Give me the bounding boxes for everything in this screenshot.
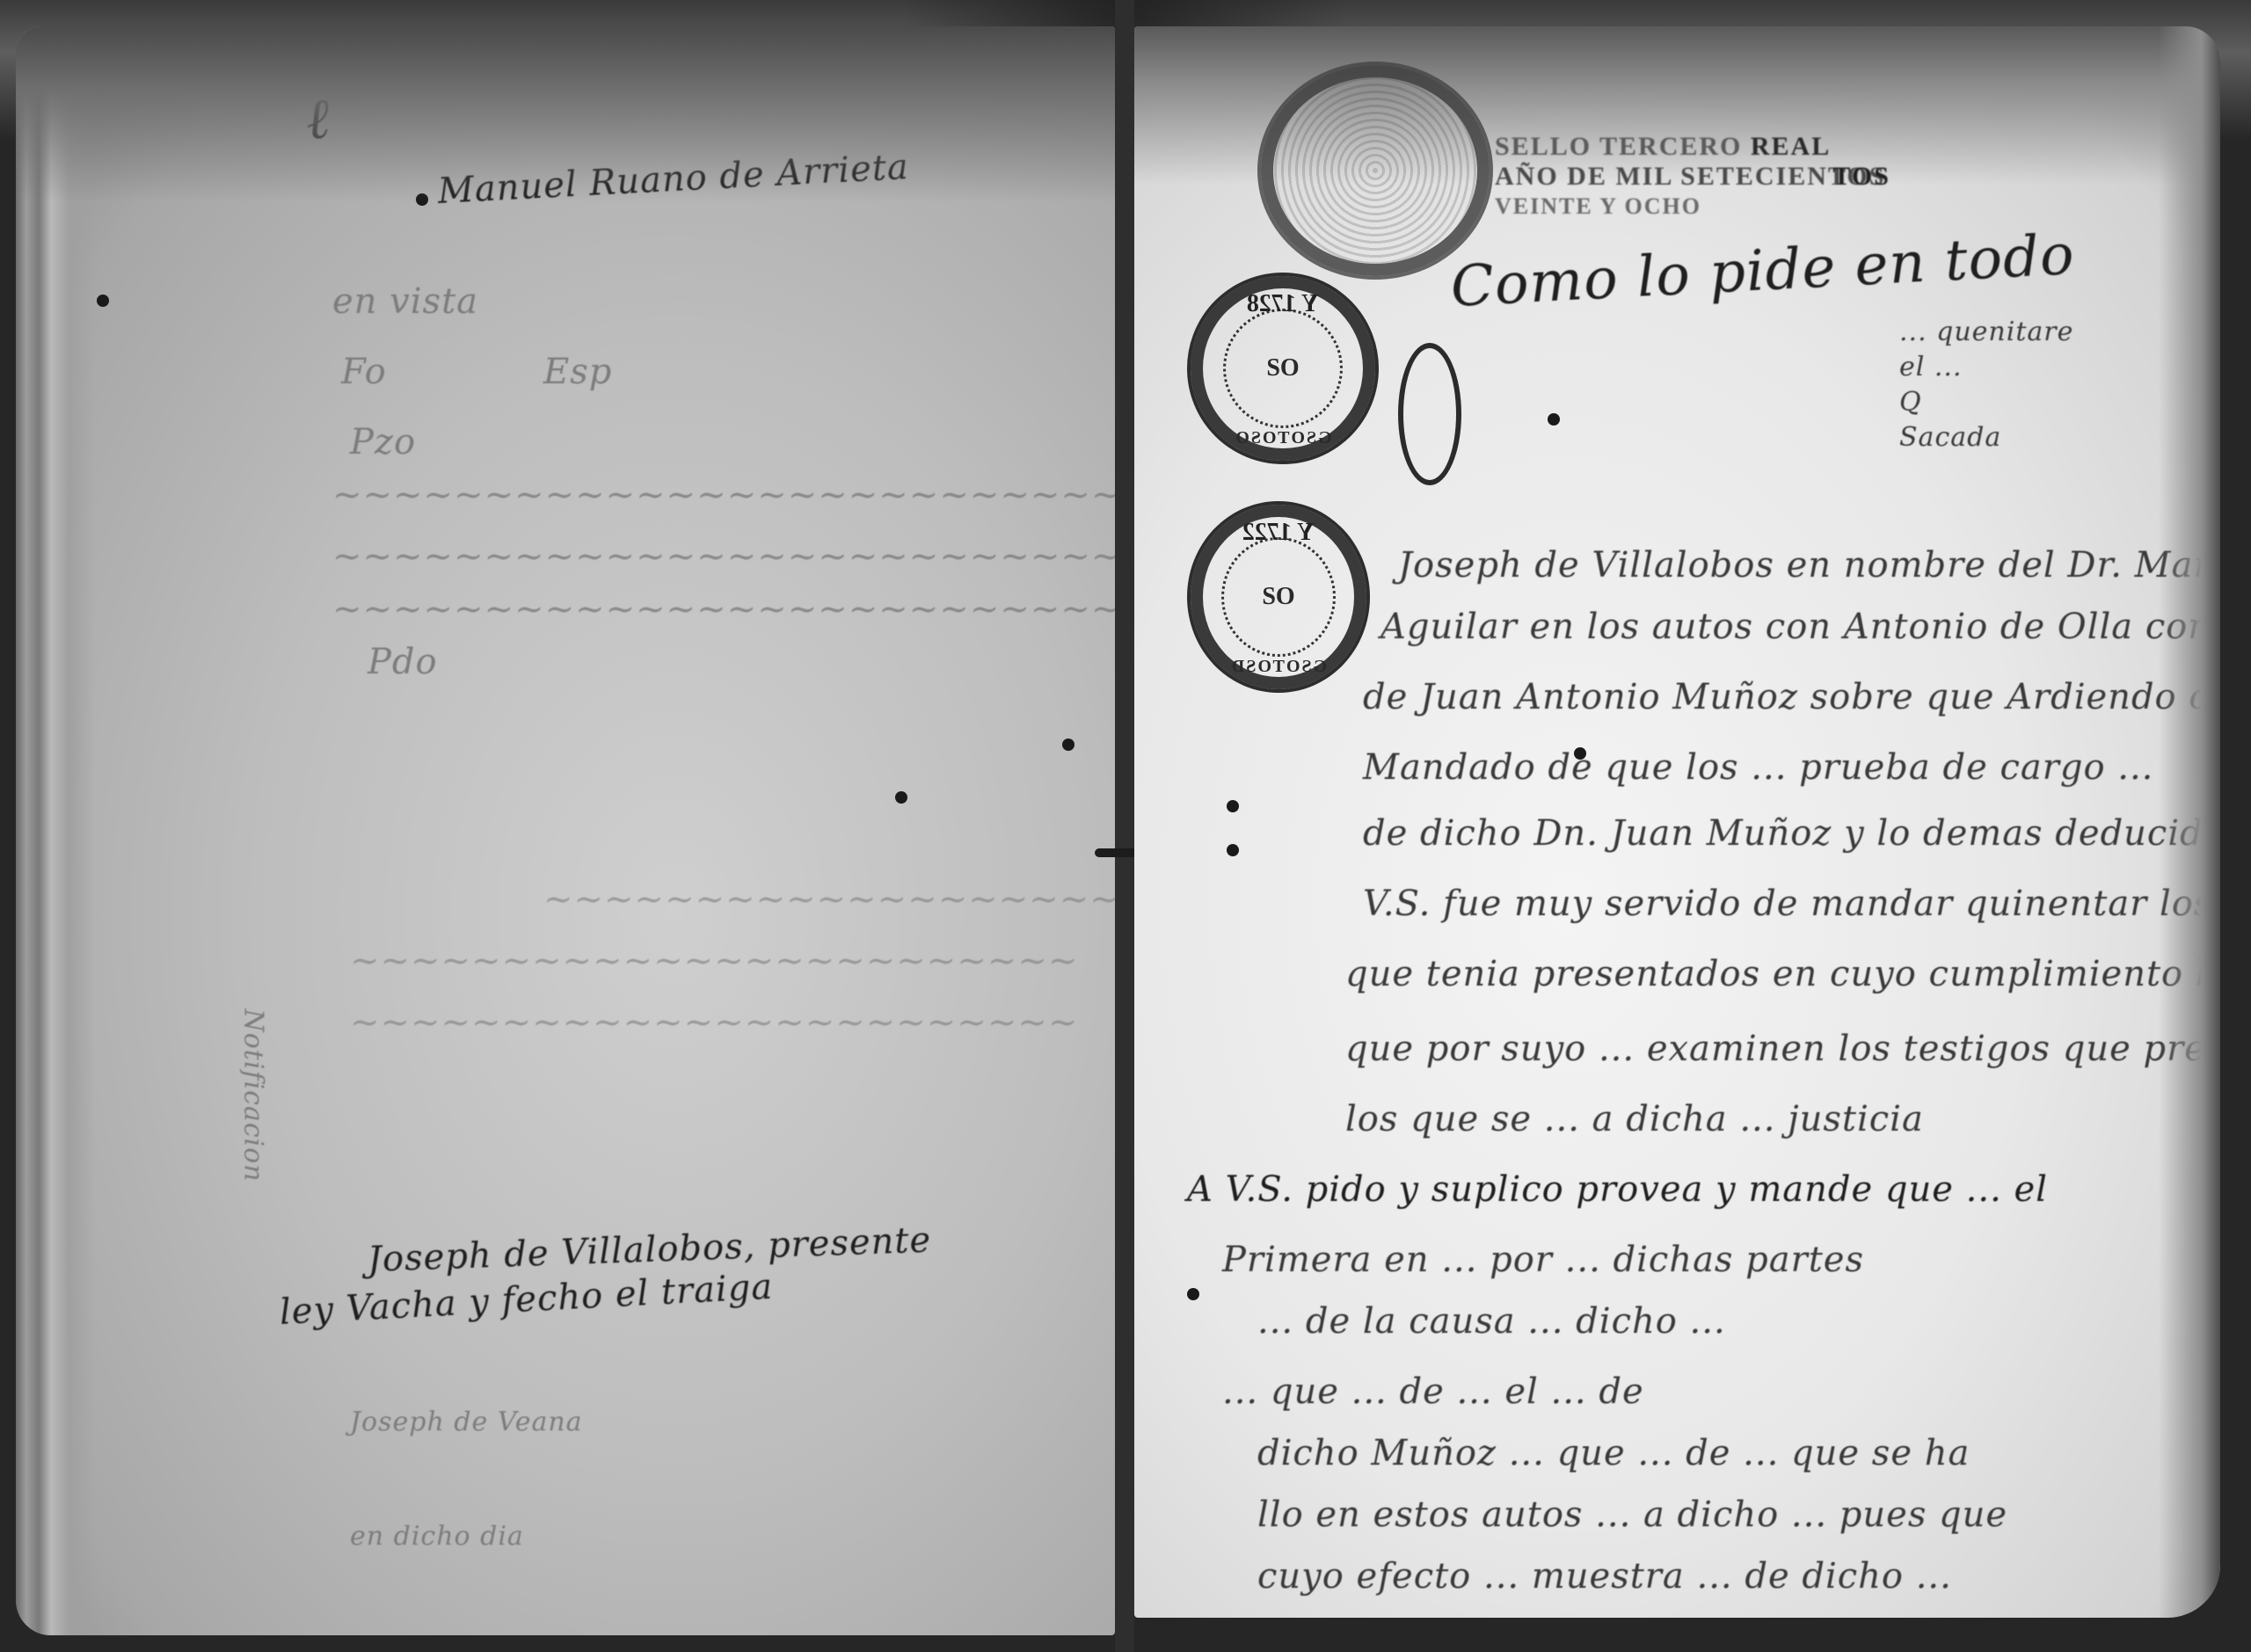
ink-dot xyxy=(416,193,428,206)
faded-ink-line: ~~~~~~~~~~~~~~~~~~~~ xyxy=(543,879,1115,920)
left-page: ℓ Manuel Ruano de Arrieta en vista Fo Es… xyxy=(16,26,1115,1635)
book-spine xyxy=(1115,0,1134,1652)
body-line: dicho Muñoz ... que ... de ... que se ha xyxy=(1257,1433,1970,1474)
seal-faded xyxy=(1257,62,1493,280)
margin-note-line: Sacada xyxy=(1899,422,2001,453)
body-line: A V.S. pido y suplico provea y mande que… xyxy=(1187,1169,2048,1210)
seal-center: SO xyxy=(1223,309,1343,428)
seal-ring-text: GSOTOSO xyxy=(1191,428,1375,448)
ink-dot xyxy=(1548,413,1560,426)
ink-dot xyxy=(1187,1288,1199,1300)
left-body-fragment: Pdo xyxy=(368,642,438,682)
body-line: de Juan Antonio Muñoz sobre que Ardiendo… xyxy=(1363,677,2220,717)
stamp-header-real: REAL xyxy=(1751,132,1831,161)
margin-note-line: ... quenitare xyxy=(1899,317,2073,347)
lower-entry-line-4: en dicho dia xyxy=(350,1521,524,1552)
seal-year: Y 1728 xyxy=(1191,290,1375,318)
ink-dot xyxy=(1227,844,1239,856)
body-line: Aguilar en los autos con Antonio de Olla… xyxy=(1380,607,2220,647)
ink-dot xyxy=(1574,747,1586,760)
margin-note-line: el ... xyxy=(1899,352,1963,382)
seal-year: Y 1722 xyxy=(1191,519,1366,547)
body-line: los que se ... a dicha ... justicia xyxy=(1345,1099,1924,1139)
faded-ink-line: ~~~~~~~~~~~~~~~~~~~~~~~~ xyxy=(350,1002,1078,1043)
body-line: Joseph de Villalobos en nombre del Dr. M… xyxy=(1398,545,2220,586)
seal-center: SO xyxy=(1221,537,1336,657)
ink-dot xyxy=(895,791,907,804)
margin-note-line: Q xyxy=(1899,387,1922,418)
faded-ink-line: ~~~~~~~~~~~~~~~~~~~~~~~~~~~ xyxy=(332,475,1115,515)
heading-note: Como lo pide en todo xyxy=(1449,222,2076,320)
lower-entry-line-1: Joseph de Villalobos, presente xyxy=(367,1220,932,1280)
stamp-header-tos: TOS xyxy=(1832,162,1890,191)
left-body-fragment: Pzo xyxy=(350,422,416,462)
ink-dot xyxy=(1062,739,1075,751)
lower-entry-line-2: ley Vacha y fecho el traiga xyxy=(279,1267,774,1333)
ink-dot xyxy=(1227,800,1239,812)
lower-entry-line-3: Joseph de Veana xyxy=(350,1407,583,1437)
stamp-header-line-1: SELLO TERCERO xyxy=(1495,132,1742,161)
body-line: V.S. fue muy servido de mandar quinentar… xyxy=(1363,884,2220,924)
stamp-header-line-3: VEINTE Y OCHO xyxy=(1495,192,2040,222)
flourish-loop xyxy=(1398,343,1461,485)
left-heading-signature: Manuel Ruano de Arrieta xyxy=(437,147,910,212)
stamp-header-line-2: AÑO DE MIL SETECIENTOS xyxy=(1495,162,1885,191)
body-line: que por suyo ... examinen los testigos q… xyxy=(1345,1029,2220,1069)
left-body-fragment: Fo xyxy=(341,352,387,392)
stamp-paper-header: SELLO TERCERO REAL AÑO DE MIL SETECIENTO… xyxy=(1495,132,2040,222)
body-line: Primera en ... por ... dichas partes xyxy=(1222,1240,1864,1280)
faded-ink-line: ~~~~~~~~~~~~~~~~~~~~~~~~~~~ xyxy=(332,536,1115,577)
seal-ring-text: GSOTOSD xyxy=(1191,657,1366,677)
faded-ink-line: ~~~~~~~~~~~~~~~~~~~~~~~~ xyxy=(350,941,1078,981)
body-line: cuyo efecto ... muestra ... de dicho ... xyxy=(1257,1556,1952,1597)
margin-note: Notificacion xyxy=(238,1009,269,1183)
body-line: que tenia presentados en cuyo cumplimien… xyxy=(1345,954,2220,994)
body-line: de dicho Dn. Juan Muñoz y lo demas deduc… xyxy=(1363,813,2220,854)
faded-ink-line: ~~~~~~~~~~~~~~~~~~~~~~~~~~~ xyxy=(332,589,1115,630)
signature-flourish: ℓ xyxy=(303,86,332,153)
left-body-fragment: Esp xyxy=(543,352,612,392)
scan-background: ℓ Manuel Ruano de Arrieta en vista Fo Es… xyxy=(0,0,2251,1652)
ink-dot xyxy=(97,295,109,307)
seal-1722: Y 1722 SO GSOTOSD xyxy=(1187,501,1370,693)
seal-1728: Y 1728 SO GSOTOSO xyxy=(1187,273,1379,464)
body-line: ... de la causa ... dicho ... xyxy=(1257,1301,1726,1342)
right-page: SELLO TERCERO REAL AÑO DE MIL SETECIENTO… xyxy=(1134,26,2220,1618)
body-line: Mandado de que los ... prueba de cargo .… xyxy=(1363,747,2153,788)
left-body-fragment: en vista xyxy=(332,281,478,322)
body-line: llo en estos autos ... a dicho ... pues … xyxy=(1257,1495,2007,1535)
body-line: ... que ... de ... el ... de xyxy=(1222,1372,1644,1412)
